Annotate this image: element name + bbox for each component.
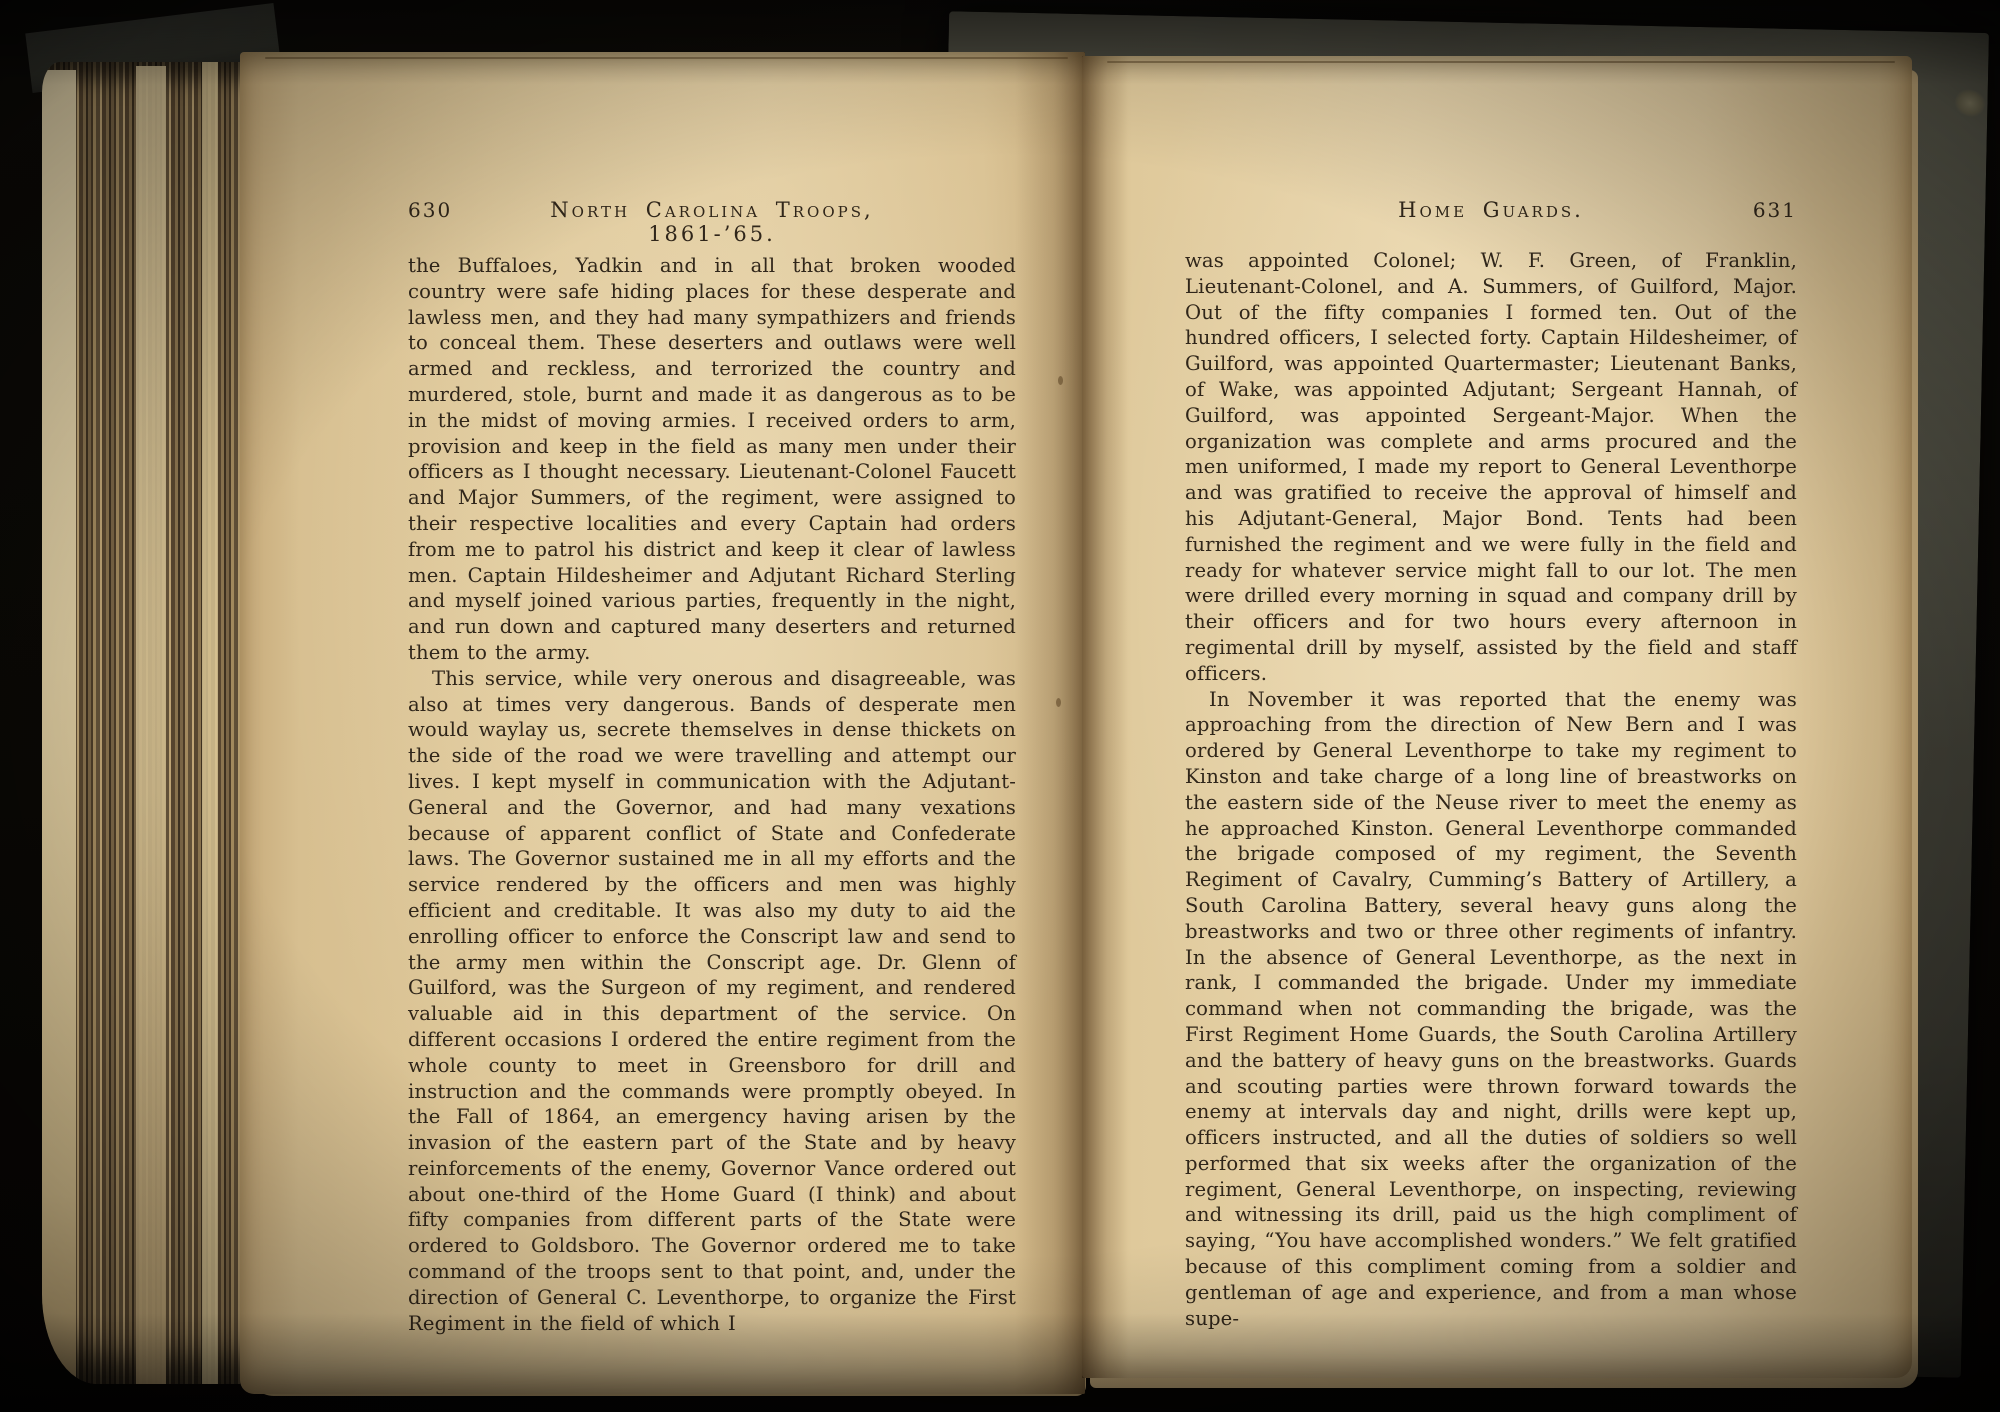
page-number-right: 631 xyxy=(1707,198,1797,222)
left-page: 630 North Carolina Troops, 1861-’65. the… xyxy=(240,52,1085,1394)
running-header-left: 630 North Carolina Troops, 1861-’65. xyxy=(408,198,1016,246)
page-stack-edges xyxy=(42,62,257,1384)
body-text-right: was appointed Colonel; W. F. Green, of F… xyxy=(1185,248,1797,1331)
page-edge-band xyxy=(136,66,166,1384)
body-text-left: the Buffaloes, Yadkin and in all that br… xyxy=(408,253,1016,1336)
running-title-left: North Carolina Troops, 1861-’65. xyxy=(498,198,926,246)
page-number-left: 630 xyxy=(408,198,498,222)
paragraph: was appointed Colonel; W. F. Green, of F… xyxy=(1185,248,1797,687)
running-title-right: Home Guards. xyxy=(1275,198,1707,222)
paragraph: This service, while very onerous and dis… xyxy=(408,666,1016,1337)
paper-speck xyxy=(1058,376,1063,385)
page-edge-band xyxy=(202,62,218,1384)
page-top-edge xyxy=(265,57,1068,59)
paper-speck xyxy=(1056,698,1061,707)
right-page: Home Guards. 631 was appointed Colonel; … xyxy=(1082,56,1912,1378)
page-top-edge xyxy=(1107,61,1896,63)
paragraph: the Buffaloes, Yadkin and in all that br… xyxy=(408,253,1016,666)
paragraph: In November it was reported that the ene… xyxy=(1185,687,1797,1332)
page-edge-band xyxy=(42,70,76,1384)
book-scan-photo: 630 North Carolina Troops, 1861-’65. the… xyxy=(0,0,2000,1412)
running-header-right: Home Guards. 631 xyxy=(1185,198,1797,222)
